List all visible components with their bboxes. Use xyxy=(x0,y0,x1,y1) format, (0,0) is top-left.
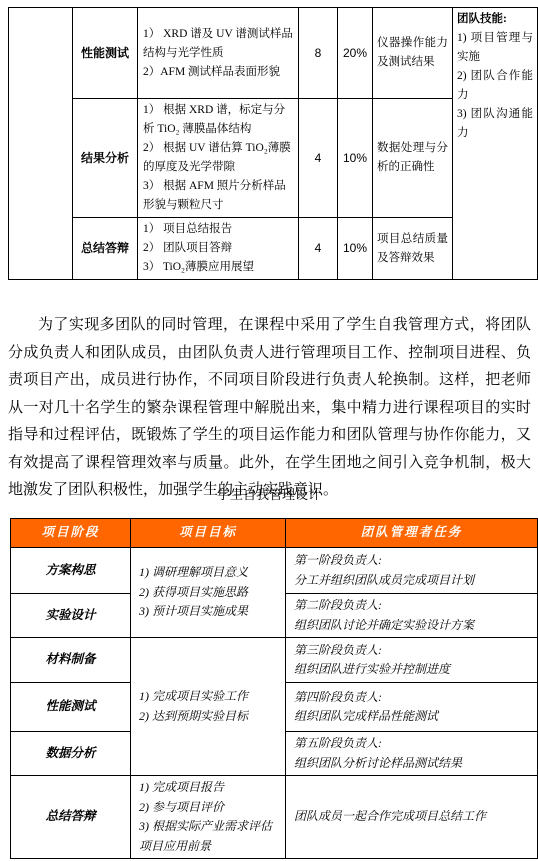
table-row: 方案构思 1) 调研理解项目意义 2) 获得项目实施思路 3) 预计项目实施成果… xyxy=(11,548,538,594)
task-cell: 第二阶段负责人: 组织团队讨论并确定实验设计方案 xyxy=(286,594,538,638)
hours-cell: 4 xyxy=(299,218,338,280)
ability-cell: 项目总结质量及答辩效果 xyxy=(373,218,453,280)
content-cell: 1） XRD 谱及 UV 谱测试样品结构与光学性质 2）AFM 测试样品表面形貌 xyxy=(138,8,299,99)
task-title: 第一阶段负责人: xyxy=(294,551,535,571)
goals-cell: 1) 完成项目实验工作 2) 达到预期实验目标 xyxy=(131,638,286,776)
stage-cell: 性能测试 xyxy=(11,683,131,732)
stage-cell: 数据分析 xyxy=(11,732,131,776)
ability-cell: 数据处理与分析的正确性 xyxy=(373,99,453,218)
stage-cell: 总结答辩 xyxy=(73,218,138,280)
content-item: 3） TiO₂薄膜应用展望 xyxy=(143,258,295,277)
team-skill-item: 3) 团队沟通能力 xyxy=(457,105,533,143)
task-body: 组织团队分析讨论样品测试结果 xyxy=(294,754,535,774)
document-page: { "colors": {"header_bg": "#FF6600", "he… xyxy=(0,0,538,861)
goal-item: 1) 完成项目实验工作 xyxy=(139,687,283,707)
table-row: 材料制备 1) 完成项目实验工作 2) 达到预期实验目标 第三阶段负责人: 组织… xyxy=(11,638,538,683)
content-cell: 1） 项目总结报告 2） 团队项目答辩 3） TiO₂薄膜应用展望 xyxy=(138,218,299,280)
assessment-table: 性能测试 1） XRD 谱及 UV 谱测试样品结构与光学性质 2）AFM 测试样… xyxy=(8,7,538,280)
goal-item: 3) 预计项目实施成果 xyxy=(139,602,283,622)
task-title: 第五阶段负责人: xyxy=(294,734,535,754)
stage-cell: 结果分析 xyxy=(73,99,138,218)
content-item: 2）AFM 测试样品表面形貌 xyxy=(143,63,295,82)
goals-cell: 1) 完成项目报告 2) 参与项目评价 3) 根据实际产业需求评估项目应用前景 xyxy=(131,776,286,859)
ability-cell: 仪器操作能力及测试结果 xyxy=(373,8,453,99)
team-skills-cell: 团队技能: 1) 项目管理与实施 2) 团队合作能力 3) 团队沟通能力 xyxy=(453,8,538,280)
goal-item: 1) 调研理解项目意义 xyxy=(139,563,283,583)
goal-item: 1) 完成项目报告 xyxy=(139,778,283,798)
stage-cell: 方案构思 xyxy=(11,548,131,594)
content-item: 2） 团队项目答辩 xyxy=(143,239,295,258)
content-cell: 1） 根据 XRD 谱，标定与分析 TiO₂ 薄膜晶体结构 2） 根据 UV 谱… xyxy=(138,99,299,218)
team-skill-item: 1) 项目管理与实施 xyxy=(457,29,533,67)
goal-item: 2) 达到预期实验目标 xyxy=(139,707,283,727)
table-header-row: 项目阶段 项目目标 团队管理者任务 xyxy=(11,519,538,548)
header-project-stage: 项目阶段 xyxy=(11,519,131,548)
stage-cell: 总结答辩 xyxy=(11,776,131,859)
task-cell: 第三阶段负责人: 组织团队进行实验并控制进度 xyxy=(286,638,538,683)
task-body: 分工并组织团队成员完成项目计划 xyxy=(294,571,535,591)
task-title: 第三阶段负责人: xyxy=(294,641,535,661)
task-title: 第四阶段负责人: xyxy=(294,688,535,708)
goal-item: 3) 根据实际产业需求评估项目应用前景 xyxy=(139,817,283,856)
header-manager-task: 团队管理者任务 xyxy=(286,519,538,548)
task-cell: 第五阶段负责人: 组织团队分析讨论样品测试结果 xyxy=(286,732,538,776)
content-item: 2） 根据 UV 谱估算 TiO₂薄膜的厚度及光学带隙 xyxy=(143,139,295,177)
percent-cell: 10% xyxy=(338,218,373,280)
content-item: 3） 根据 AFM 照片分析样品形貌与颗粒尺寸 xyxy=(143,177,295,215)
hours-cell: 8 xyxy=(299,8,338,99)
body-paragraph: 为了实现多团队的同时管理，在课程中采用了学生自我管理方式，将团队分成负责人和团队… xyxy=(8,312,531,505)
content-item: 1） 项目总结报告 xyxy=(143,220,295,239)
stage-cell: 材料制备 xyxy=(11,638,131,683)
stage-cell: 实验设计 xyxy=(11,594,131,638)
hours-cell: 4 xyxy=(299,99,338,218)
task-title: 第二阶段负责人: xyxy=(294,596,535,616)
table-caption: 学生自我管理设计 xyxy=(0,487,538,503)
team-skills-title: 团队技能: xyxy=(457,10,533,29)
task-cell: 团队成员一起合作完成项目总结工作 xyxy=(286,776,538,859)
task-cell: 第四阶段负责人: 组织团队完成样品性能测试 xyxy=(286,683,538,732)
self-management-table: 项目阶段 项目目标 团队管理者任务 方案构思 1) 调研理解项目意义 2) 获得… xyxy=(10,518,538,859)
header-project-goal: 项目目标 xyxy=(131,519,286,548)
table-row: 总结答辩 1) 完成项目报告 2) 参与项目评价 3) 根据实际产业需求评估项目… xyxy=(11,776,538,859)
task-body: 组织团队进行实验并控制进度 xyxy=(294,660,535,680)
table-row: 性能测试 1） XRD 谱及 UV 谱测试样品结构与光学性质 2）AFM 测试样… xyxy=(9,8,538,99)
task-body: 组织团队完成样品性能测试 xyxy=(294,707,535,727)
content-item: 1） XRD 谱及 UV 谱测试样品结构与光学性质 xyxy=(143,25,295,63)
task-cell: 第一阶段负责人: 分工并组织团队成员完成项目计划 xyxy=(286,548,538,594)
assessment-left-empty-cell xyxy=(9,8,73,280)
goal-item: 2) 获得项目实施思路 xyxy=(139,583,283,603)
task-body: 组织团队讨论并确定实验设计方案 xyxy=(294,616,535,636)
percent-cell: 10% xyxy=(338,99,373,218)
goal-item: 2) 参与项目评价 xyxy=(139,798,283,818)
content-item: 1） 根据 XRD 谱，标定与分析 TiO₂ 薄膜晶体结构 xyxy=(143,101,295,139)
team-skill-item: 2) 团队合作能力 xyxy=(457,67,533,105)
percent-cell: 20% xyxy=(338,8,373,99)
goals-cell: 1) 调研理解项目意义 2) 获得项目实施思路 3) 预计项目实施成果 xyxy=(131,548,286,638)
stage-cell: 性能测试 xyxy=(73,8,138,99)
